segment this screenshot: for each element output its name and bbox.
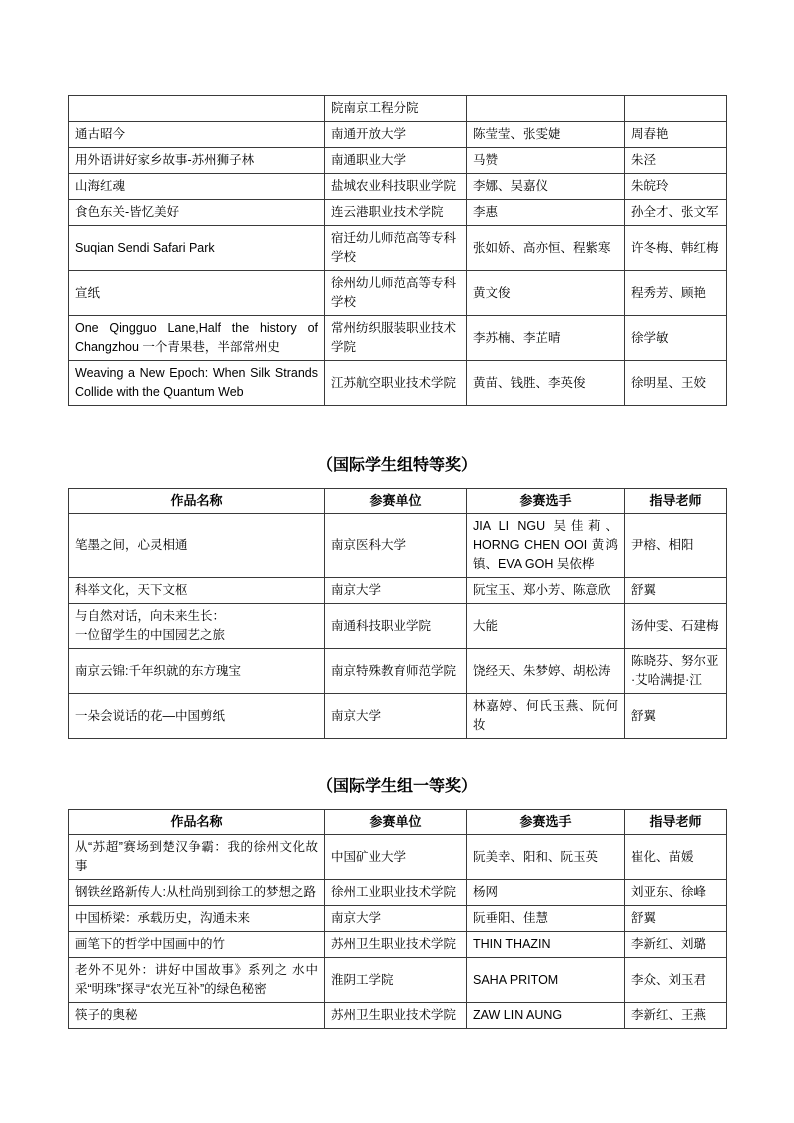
table-row: 食色东关-皆忆美好连云港职业技术学院李惠孙全才、张文军 xyxy=(69,200,727,226)
advisors-cell: 周春艳 xyxy=(625,122,727,148)
advisors-cell: 程秀芳、顾艳 xyxy=(625,271,727,316)
advisors-cell: 陈晓芬、努尔亚·艾哈满提·江 xyxy=(625,649,727,694)
advisors-cell: 徐明星、王姣 xyxy=(625,361,727,406)
advisors-cell: 刘亚东、徐峰 xyxy=(625,880,727,906)
column-header-work: 作品名称 xyxy=(69,489,325,514)
advisors-cell: 尹榕、相阳 xyxy=(625,514,727,578)
unit-cell: 中国矿业大学 xyxy=(325,835,467,880)
contestants-cell: 黄苗、钱胜、李英俊 xyxy=(467,361,625,406)
work-cell: 食色东关-皆忆美好 xyxy=(69,200,325,226)
unit-cell: 连云港职业技术学院 xyxy=(325,200,467,226)
advisors-cell: 徐学敏 xyxy=(625,316,727,361)
advisors-cell: 李众、刘玉君 xyxy=(625,958,727,1003)
unit-cell: 徐州幼儿师范高等专科学校 xyxy=(325,271,467,316)
work-cell: 通古昭今 xyxy=(69,122,325,148)
first-award-table-body: 从“苏超”赛场到楚汉争霸：我的徐州文化故事中国矿业大学阮美幸、阳和、阮玉英崔化、… xyxy=(69,835,727,1029)
advisors-cell: 崔化、苗媛 xyxy=(625,835,727,880)
work-cell: 老外不见外：讲好中国故事》系列之 水中采“明珠”探寻“农光互补”的绿色秘密 xyxy=(69,958,325,1003)
work-cell xyxy=(69,96,325,122)
work-cell: 山海红魂 xyxy=(69,174,325,200)
work-cell: 宣纸 xyxy=(69,271,325,316)
unit-cell: 南通开放大学 xyxy=(325,122,467,148)
column-header-work: 作品名称 xyxy=(69,810,325,835)
contestants-cell: 阮宝玉、郑小芳、陈意欣 xyxy=(467,578,625,604)
unit-cell: 南通科技职业学院 xyxy=(325,604,467,649)
unit-cell: 南京特殊教育师范学院 xyxy=(325,649,467,694)
contestants-cell xyxy=(467,96,625,122)
table-row: One Qingguo Lane,Half the history of Cha… xyxy=(69,316,727,361)
heading-international-first-award: （国际学生组一等奖） xyxy=(68,777,726,797)
contestants-cell: 林嘉婷、何氏玉燕、阮何妆 xyxy=(467,694,625,739)
contestants-cell: 李娜、吴嘉仪 xyxy=(467,174,625,200)
contestants-cell: JIA LI NGU 吴佳莉、HORNG CHEN OOI 黄鸿镇、EVA GO… xyxy=(467,514,625,578)
advisors-cell: 李新红、刘璐 xyxy=(625,932,727,958)
contestants-cell: 饶经天、朱梦婷、胡松涛 xyxy=(467,649,625,694)
contestants-cell: ZAW LIN AUNG xyxy=(467,1003,625,1029)
unit-cell: 江苏航空职业技术学院 xyxy=(325,361,467,406)
unit-cell: 南京大学 xyxy=(325,578,467,604)
table-row: Weaving a New Epoch: When Silk Strands C… xyxy=(69,361,727,406)
header-row: 作品名称 参赛单位 参赛选手 指导老师 xyxy=(69,810,727,835)
unit-cell: 徐州工业职业技术学院 xyxy=(325,880,467,906)
contestants-cell: 大能 xyxy=(467,604,625,649)
unit-cell: 南京大学 xyxy=(325,694,467,739)
work-cell: 钢铁丝路新传人:从杜尚别到徐工的梦想之路 xyxy=(69,880,325,906)
column-header-unit: 参赛单位 xyxy=(325,489,467,514)
table-row: 与自然对话，向未来生长：一位留学生的中国园艺之旅南通科技职业学院大能汤仲雯、石建… xyxy=(69,604,727,649)
work-cell: 科举文化，天下文枢 xyxy=(69,578,325,604)
unit-cell: 院南京工程分院 xyxy=(325,96,467,122)
unit-cell: 常州纺织服装职业技术学院 xyxy=(325,316,467,361)
table-row: 筷子的奥秘苏州卫生职业技术学院ZAW LIN AUNG李新红、王燕 xyxy=(69,1003,727,1029)
work-cell: Suqian Sendi Safari Park xyxy=(69,226,325,271)
unit-cell: 淮阴工学院 xyxy=(325,958,467,1003)
work-cell: 笔墨之间，心灵相通 xyxy=(69,514,325,578)
work-cell: 南京云锦:千年织就的东方瑰宝 xyxy=(69,649,325,694)
advisors-cell: 许冬梅、韩红梅 xyxy=(625,226,727,271)
table-row: 钢铁丝路新传人:从杜尚别到徐工的梦想之路徐州工业职业技术学院杨网刘亚东、徐峰 xyxy=(69,880,727,906)
work-cell: 一朵会说话的花—中国剪纸 xyxy=(69,694,325,739)
advisors-cell: 李新红、王燕 xyxy=(625,1003,727,1029)
column-header-contestants: 参赛选手 xyxy=(467,489,625,514)
document-page: 院南京工程分院通古昭今南通开放大学陈莹莹、张雯婕周春艳用外语讲好家乡故事-苏州狮… xyxy=(0,0,794,1123)
contestants-cell: 阮美幸、阳和、阮玉英 xyxy=(467,835,625,880)
contestants-cell: 黄文俊 xyxy=(467,271,625,316)
unit-cell: 南京大学 xyxy=(325,906,467,932)
table-row: 通古昭今南通开放大学陈莹莹、张雯婕周春艳 xyxy=(69,122,727,148)
work-cell: Weaving a New Epoch: When Silk Strands C… xyxy=(69,361,325,406)
table-row: 画笔下的哲学中国画中的竹苏州卫生职业技术学院THIN THAZIN李新红、刘璐 xyxy=(69,932,727,958)
work-cell: 用外语讲好家乡故事-苏州狮子林 xyxy=(69,148,325,174)
column-header-advisors: 指导老师 xyxy=(625,810,727,835)
advisors-cell: 孙全才、张文军 xyxy=(625,200,727,226)
continued-award-table: 院南京工程分院通古昭今南通开放大学陈莹莹、张雯婕周春艳用外语讲好家乡故事-苏州狮… xyxy=(68,95,727,406)
advisors-cell: 舒翼 xyxy=(625,906,727,932)
contestants-cell: SAHA PRITOM xyxy=(467,958,625,1003)
table-row: 山海红魂盐城农业科技职业学院李娜、吴嘉仪朱皖玲 xyxy=(69,174,727,200)
unit-cell: 宿迁幼儿师范高等专科学校 xyxy=(325,226,467,271)
work-cell: One Qingguo Lane,Half the history of Cha… xyxy=(69,316,325,361)
advisors-cell: 汤仲雯、石建梅 xyxy=(625,604,727,649)
column-header-contestants: 参赛选手 xyxy=(467,810,625,835)
contestants-cell: 李惠 xyxy=(467,200,625,226)
unit-cell: 南通职业大学 xyxy=(325,148,467,174)
advisors-cell: 舒翼 xyxy=(625,578,727,604)
table-row: 宣纸徐州幼儿师范高等专科学校黄文俊程秀芳、顾艳 xyxy=(69,271,727,316)
table-row: 南京云锦:千年织就的东方瑰宝南京特殊教育师范学院饶经天、朱梦婷、胡松涛陈晓芬、努… xyxy=(69,649,727,694)
advisors-cell: 舒翼 xyxy=(625,694,727,739)
contestants-cell: 张如娇、高亦恒、程紫寒 xyxy=(467,226,625,271)
advisors-cell: 朱泾 xyxy=(625,148,727,174)
work-cell: 筷子的奥秘 xyxy=(69,1003,325,1029)
table-row: 科举文化，天下文枢南京大学阮宝玉、郑小芳、陈意欣舒翼 xyxy=(69,578,727,604)
header-row: 作品名称 参赛单位 参赛选手 指导老师 xyxy=(69,489,727,514)
column-header-advisors: 指导老师 xyxy=(625,489,727,514)
heading-international-special-award: （国际学生组特等奖） xyxy=(68,456,726,476)
contestants-cell: 陈莹莹、张雯婕 xyxy=(467,122,625,148)
unit-cell: 苏州卫生职业技术学院 xyxy=(325,932,467,958)
table-row: Suqian Sendi Safari Park宿迁幼儿师范高等专科学校张如娇、… xyxy=(69,226,727,271)
table-row: 中国桥梁：承载历史，沟通未来南京大学阮垂阳、佳慧舒翼 xyxy=(69,906,727,932)
unit-cell: 苏州卫生职业技术学院 xyxy=(325,1003,467,1029)
table-row: 笔墨之间，心灵相通南京医科大学JIA LI NGU 吴佳莉、HORNG CHEN… xyxy=(69,514,727,578)
table-row: 从“苏超”赛场到楚汉争霸：我的徐州文化故事中国矿业大学阮美幸、阳和、阮玉英崔化、… xyxy=(69,835,727,880)
advisors-cell: 朱皖玲 xyxy=(625,174,727,200)
contestants-cell: 李苏楠、李芷晴 xyxy=(467,316,625,361)
table-row: 院南京工程分院 xyxy=(69,96,727,122)
contestants-cell: 马赞 xyxy=(467,148,625,174)
unit-cell: 南京医科大学 xyxy=(325,514,467,578)
contestants-cell: 杨网 xyxy=(467,880,625,906)
work-cell: 中国桥梁：承载历史，沟通未来 xyxy=(69,906,325,932)
continued-table-body: 院南京工程分院通古昭今南通开放大学陈莹莹、张雯婕周春艳用外语讲好家乡故事-苏州狮… xyxy=(69,96,727,406)
first-award-table: 作品名称 参赛单位 参赛选手 指导老师 从“苏超”赛场到楚汉争霸：我的徐州文化故… xyxy=(68,809,727,1029)
column-header-unit: 参赛单位 xyxy=(325,810,467,835)
table-row: 老外不见外：讲好中国故事》系列之 水中采“明珠”探寻“农光互补”的绿色秘密淮阴工… xyxy=(69,958,727,1003)
contestants-cell: THIN THAZIN xyxy=(467,932,625,958)
work-cell: 从“苏超”赛场到楚汉争霸：我的徐州文化故事 xyxy=(69,835,325,880)
unit-cell: 盐城农业科技职业学院 xyxy=(325,174,467,200)
contestants-cell: 阮垂阳、佳慧 xyxy=(467,906,625,932)
table-row: 一朵会说话的花—中国剪纸南京大学林嘉婷、何氏玉燕、阮何妆舒翼 xyxy=(69,694,727,739)
work-cell: 与自然对话，向未来生长：一位留学生的中国园艺之旅 xyxy=(69,604,325,649)
work-cell: 画笔下的哲学中国画中的竹 xyxy=(69,932,325,958)
advisors-cell xyxy=(625,96,727,122)
special-award-table: 作品名称 参赛单位 参赛选手 指导老师 笔墨之间，心灵相通南京医科大学JIA L… xyxy=(68,488,727,739)
special-award-table-body: 笔墨之间，心灵相通南京医科大学JIA LI NGU 吴佳莉、HORNG CHEN… xyxy=(69,514,727,739)
table-row: 用外语讲好家乡故事-苏州狮子林南通职业大学马赞朱泾 xyxy=(69,148,727,174)
